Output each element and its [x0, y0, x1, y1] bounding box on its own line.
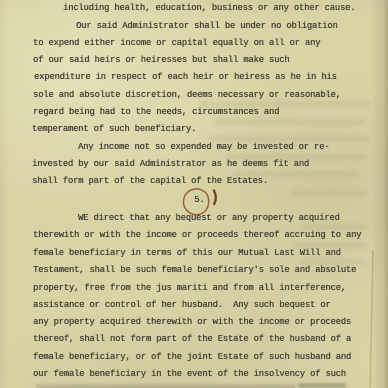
text-line: female beneficiary, or of the joint Esta…	[33, 352, 351, 362]
text-line: expenditure in respect of each heir or h…	[34, 72, 337, 82]
text-line: regard being had to the needs, circumsta…	[33, 107, 279, 117]
text-line: Any income not so expended may be invest…	[78, 142, 329, 152]
cutoff-text-line	[36, 384, 296, 388]
text-line: female beneficiary in terms of this our …	[33, 248, 341, 258]
text-line: any property acquired therewith or with …	[33, 317, 351, 327]
text-line: Our said Administrator shall be under no…	[76, 21, 338, 31]
text-line: thereof, shall not form part of the Esta…	[33, 334, 351, 344]
text-line: WE direct that any bequest or any proper…	[78, 213, 340, 223]
text-line: our female beneficiary in the event of t…	[33, 369, 346, 379]
text-line: of our said heirs or heiresses but shall…	[33, 55, 289, 65]
text-line: shall form part of the capital of the Es…	[32, 176, 268, 186]
text-line: therewith or with the income or proceeds…	[33, 230, 361, 240]
document-page: including health, education, business or…	[0, 0, 388, 388]
typewritten-text: including health, education, business or…	[0, 0, 388, 388]
text-line: temperament of such beneficiary.	[32, 124, 196, 134]
cutoff-text-line	[298, 383, 346, 388]
text-line: to expend either income or capital equal…	[33, 38, 320, 48]
text-line: assistance or control of her husband. An…	[33, 300, 330, 310]
text-line: invested by our said Administrator as he…	[32, 159, 309, 169]
text-line: sole and absolute discretion, deems nece…	[33, 90, 341, 100]
text-line: property, free from the jus mariti and f…	[33, 283, 346, 293]
paper-edge-shadow	[383, 0, 388, 388]
text-line: including health, education, business or…	[63, 3, 355, 13]
text-line: Testament, shall be such female benefici…	[33, 265, 356, 275]
